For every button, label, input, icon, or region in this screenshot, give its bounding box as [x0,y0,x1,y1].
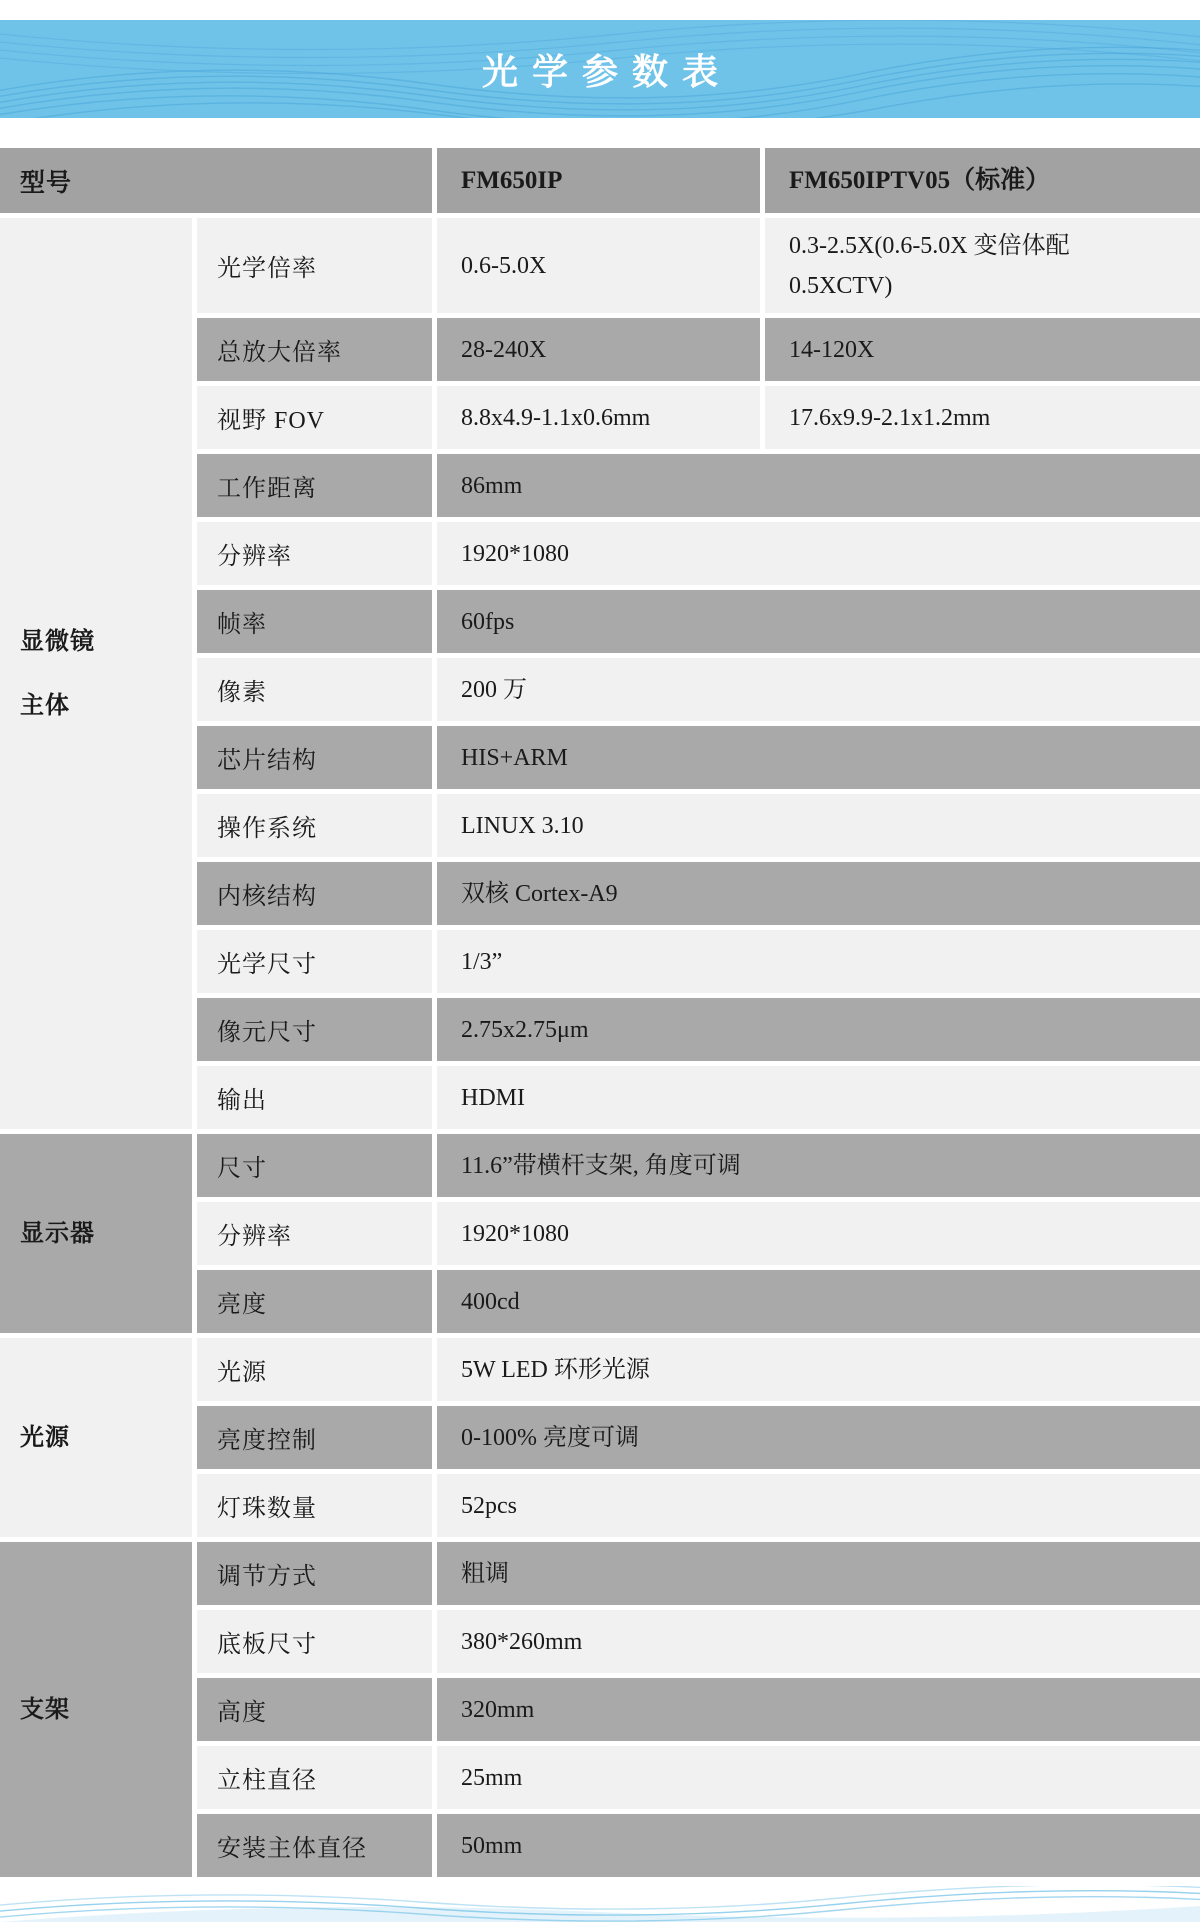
category-cell: 显示器 [0,1134,192,1333]
spec-label-cell: 像素 [197,658,432,721]
spec-value-cell: 200 万 [437,658,1200,721]
spec-value-cell: LINUX 3.10 [437,794,1200,857]
spec-label-cell: 光学倍率 [197,218,432,313]
spec-label-cell: 调节方式 [197,1542,432,1605]
spec-value-cell: 双核 Cortex-A9 [437,862,1200,925]
footer-wave-decoration [0,1886,1200,1922]
spec-value-cell: HIS+ARM [437,726,1200,789]
spec-value-cell: 25mm [437,1746,1200,1809]
spec-value-cell: 14-120X [765,318,1200,381]
spec-value-cell: 400cd [437,1270,1200,1333]
spec-label-cell: 分辨率 [197,522,432,585]
category-cell: 支架 [0,1542,192,1877]
spec-value-cell: 380*260mm [437,1610,1200,1673]
spec-value-cell: 60fps [437,590,1200,653]
spec-label-cell: 亮度控制 [197,1406,432,1469]
spec-label-cell: 底板尺寸 [197,1610,432,1673]
spec-value-cell: 50mm [437,1814,1200,1877]
spec-label-cell: 工作距离 [197,454,432,517]
page-title: 光学参数表 [468,44,732,95]
page: 光学参数表 型号 FM650IP FM650IPTV05（标准） 显微镜 主体光… [0,0,1200,1922]
spec-value-cell: 0-100% 亮度可调 [437,1406,1200,1469]
spec-value-cell: 2.75x2.75μm [437,998,1200,1061]
spec-value-cell: 320mm [437,1678,1200,1741]
spec-table: 型号 FM650IP FM650IPTV05（标准） 显微镜 主体光学倍率0.6… [0,148,1200,1877]
spec-label-cell: 操作系统 [197,794,432,857]
category-cell: 显微镜 主体 [0,218,192,1129]
spec-label-cell: 内核结构 [197,862,432,925]
spec-label-cell: 亮度 [197,1270,432,1333]
spec-value-cell: 5W LED 环形光源 [437,1338,1200,1401]
spec-value-cell: HDMI [437,1066,1200,1129]
spec-label-cell: 分辨率 [197,1202,432,1265]
spec-value-cell: 粗调 [437,1542,1200,1605]
spec-label-cell: 灯珠数量 [197,1474,432,1537]
spec-value-cell: 0.6-5.0X [437,218,760,313]
spec-value-cell: 1920*1080 [437,522,1200,585]
spec-label-cell: 像元尺寸 [197,998,432,1061]
spec-label-cell: 总放大倍率 [197,318,432,381]
spec-value-cell: 0.3-2.5X(0.6-5.0X 变倍体配 0.5XCTV) [765,218,1200,313]
spec-label-cell: 尺寸 [197,1134,432,1197]
spec-value-cell: 17.6x9.9-2.1x1.2mm [765,386,1200,449]
spec-label-cell: 光源 [197,1338,432,1401]
spec-label-cell: 高度 [197,1678,432,1741]
spec-label-cell: 光学尺寸 [197,930,432,993]
spec-value-cell: 1920*1080 [437,1202,1200,1265]
spec-label-cell: 安装主体直径 [197,1814,432,1877]
spec-label-cell: 帧率 [197,590,432,653]
spec-value-cell: 1/3” [437,930,1200,993]
model-col1-cell: FM650IP [437,148,760,213]
spec-value-cell: 86mm [437,454,1200,517]
spec-label-cell: 视野 FOV [197,386,432,449]
spec-label-cell: 输出 [197,1066,432,1129]
banner: 光学参数表 [0,20,1200,118]
spec-label-cell: 芯片结构 [197,726,432,789]
spec-label-cell: 立柱直径 [197,1746,432,1809]
model-col2-cell: FM650IPTV05（标准） [765,148,1200,213]
spec-value-cell: 28-240X [437,318,760,381]
spec-value-cell: 52pcs [437,1474,1200,1537]
spec-value-cell: 8.8x4.9-1.1x0.6mm [437,386,760,449]
category-cell: 光源 [0,1338,192,1537]
spec-value-cell: 11.6”带横杆支架, 角度可调 [437,1134,1200,1197]
model-header-cell: 型号 [0,148,432,213]
